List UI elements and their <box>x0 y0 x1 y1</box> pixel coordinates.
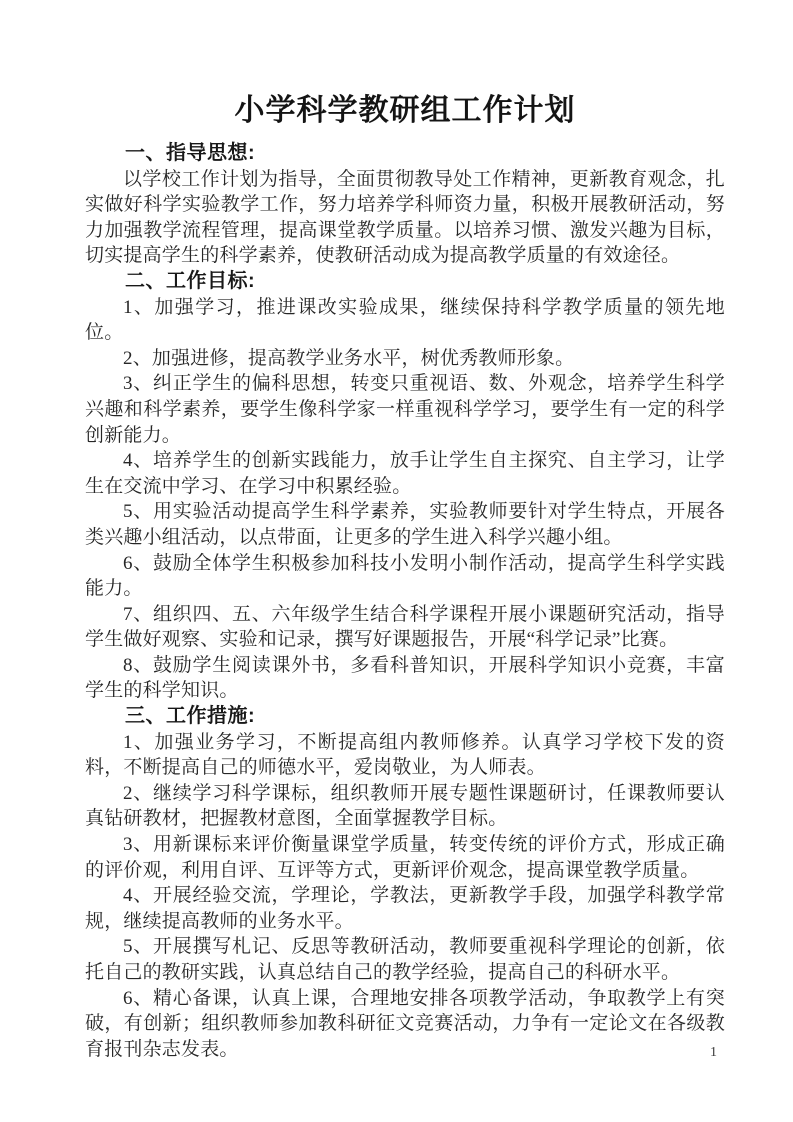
page-number: 1 <box>710 1046 717 1060</box>
list-item-paragraph: 6、鼓励全体学生积极参加科技小发明小制作活动，提高学生科学实践能力。 <box>85 551 725 602</box>
list-item-paragraph: 4、开展经验交流，学理论，学教法，更新教学手段，加强学科教学常规，继续提高教师的… <box>85 883 725 934</box>
section-heading: 二、工作目标: <box>85 269 725 295</box>
list-item-paragraph: 1、加强学习，推进课改实验成果，继续保持科学教学质量的领先地位。 <box>85 295 725 346</box>
document-body: 小学科学教研组工作计划 一、指导思想: 以学校工作计划为指导，全面贯彻教导处工作… <box>85 90 725 1062</box>
list-item-paragraph: 1、加强业务学习，不断提高组内教师修养。认真学习学校下发的资料，不断提高自己的师… <box>85 730 725 781</box>
list-item-paragraph: 3、纠正学生的偏科思想，转变只重视语、数、外观念，培养学生科学兴趣和科学素养，要… <box>85 371 725 448</box>
document-page: 小学科学教研组工作计划 一、指导思想: 以学校工作计划为指导，全面贯彻教导处工作… <box>0 0 793 1122</box>
section-heading: 一、指导思想: <box>85 141 725 167</box>
list-item-paragraph: 2、加强进修，提高教学业务水平，树优秀教师形象。 <box>85 346 725 372</box>
document-title: 小学科学教研组工作计划 <box>85 90 725 132</box>
section-work-goals: 二、工作目标: 1、加强学习，推进课改实验成果，继续保持科学教学质量的领先地位。… <box>85 269 725 704</box>
list-item-paragraph: 4、培养学生的创新实践能力，放手让学生自主探究、自主学习，让学生在交流中学习、在… <box>85 448 725 499</box>
paragraph: 以学校工作计划为指导，全面贯彻教导处工作精神，更新教育观念，扎实做好科学实验教学… <box>85 167 725 269</box>
list-item-paragraph: 5、开展撰写札记、反思等教研活动，教师要重视科学理论的创新，依托自己的教研实践，… <box>85 934 725 985</box>
list-item-paragraph: 5、用实验活动提高学生科学素养，实验教师要针对学生特点，开展各类兴趣小组活动，以… <box>85 499 725 550</box>
list-item-paragraph: 2、继续学习科学课标，组织教师开展专题性课题研讨，任课教师要认真钻研教材，把握教… <box>85 781 725 832</box>
list-item-paragraph: 8、鼓励学生阅读课外书，多看科普知识，开展科学知识小竞赛，丰富学生的科学知识。 <box>85 653 725 704</box>
list-item-paragraph: 6、精心备课，认真上课，合理地安排各项教学活动，争取教学上有突破，有创新；组织教… <box>85 986 725 1063</box>
section-guiding-ideology: 一、指导思想: 以学校工作计划为指导，全面贯彻教导处工作精神，更新教育观念，扎实… <box>85 141 725 269</box>
section-heading: 三、工作措施: <box>85 704 725 730</box>
list-item-paragraph: 3、用新课标来评价衡量课堂学质量，转变传统的评价方式，形成正确的评价观，利用自评… <box>85 832 725 883</box>
list-item-paragraph: 7、组织四、五、六年级学生结合科学课程开展小课题研究活动，指导学生做好观察、实验… <box>85 602 725 653</box>
section-work-measures: 三、工作措施: 1、加强业务学习，不断提高组内教师修养。认真学习学校下发的资料，… <box>85 704 725 1062</box>
